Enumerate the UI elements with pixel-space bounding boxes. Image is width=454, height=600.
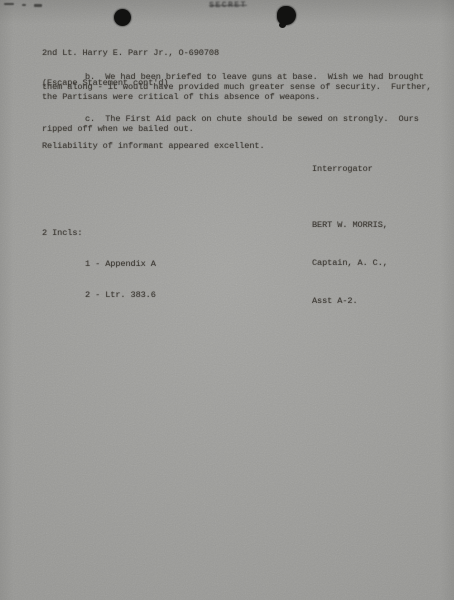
punch-hole-right-icon: [277, 6, 296, 25]
classification-stamp: SECRET: [204, 1, 252, 10]
paragraph-c: c. The First Aid pack on chute should be…: [42, 114, 446, 134]
scan-speck: [4, 3, 14, 5]
subject-name-line: 2nd Lt. Harry E. Parr Jr., O-690708: [42, 48, 219, 58]
paragraph-b: b. We had been briefed to leave guns at …: [42, 72, 446, 102]
signature-block: BERT W. MORRIS, Captain, A. C., Asst A-2…: [312, 193, 388, 334]
enclosure-item-2: 2 - Ltr. 383.6: [85, 290, 156, 301]
signature-rank: Captain, A. C.,: [312, 257, 388, 270]
enclosure-item-1: 1 - Appendix A: [85, 259, 156, 270]
reliability-note: Reliability of informant appeared excell…: [42, 141, 265, 151]
enclosures-heading: 2 Incls:: [42, 228, 82, 238]
scan-speck: [22, 4, 26, 6]
enclosures-list: 1 - Appendix A 2 - Ltr. 383.6: [85, 239, 156, 321]
signature-name: BERT W. MORRIS,: [312, 219, 388, 232]
scan-speck: [34, 4, 42, 7]
document-page: SECRET 2nd Lt. Harry E. Parr Jr., O-6907…: [0, 0, 454, 600]
signature-title: Asst A-2.: [312, 295, 388, 308]
punch-hole-left-icon: [114, 9, 131, 26]
interrogator-label: Interrogator: [312, 164, 373, 174]
